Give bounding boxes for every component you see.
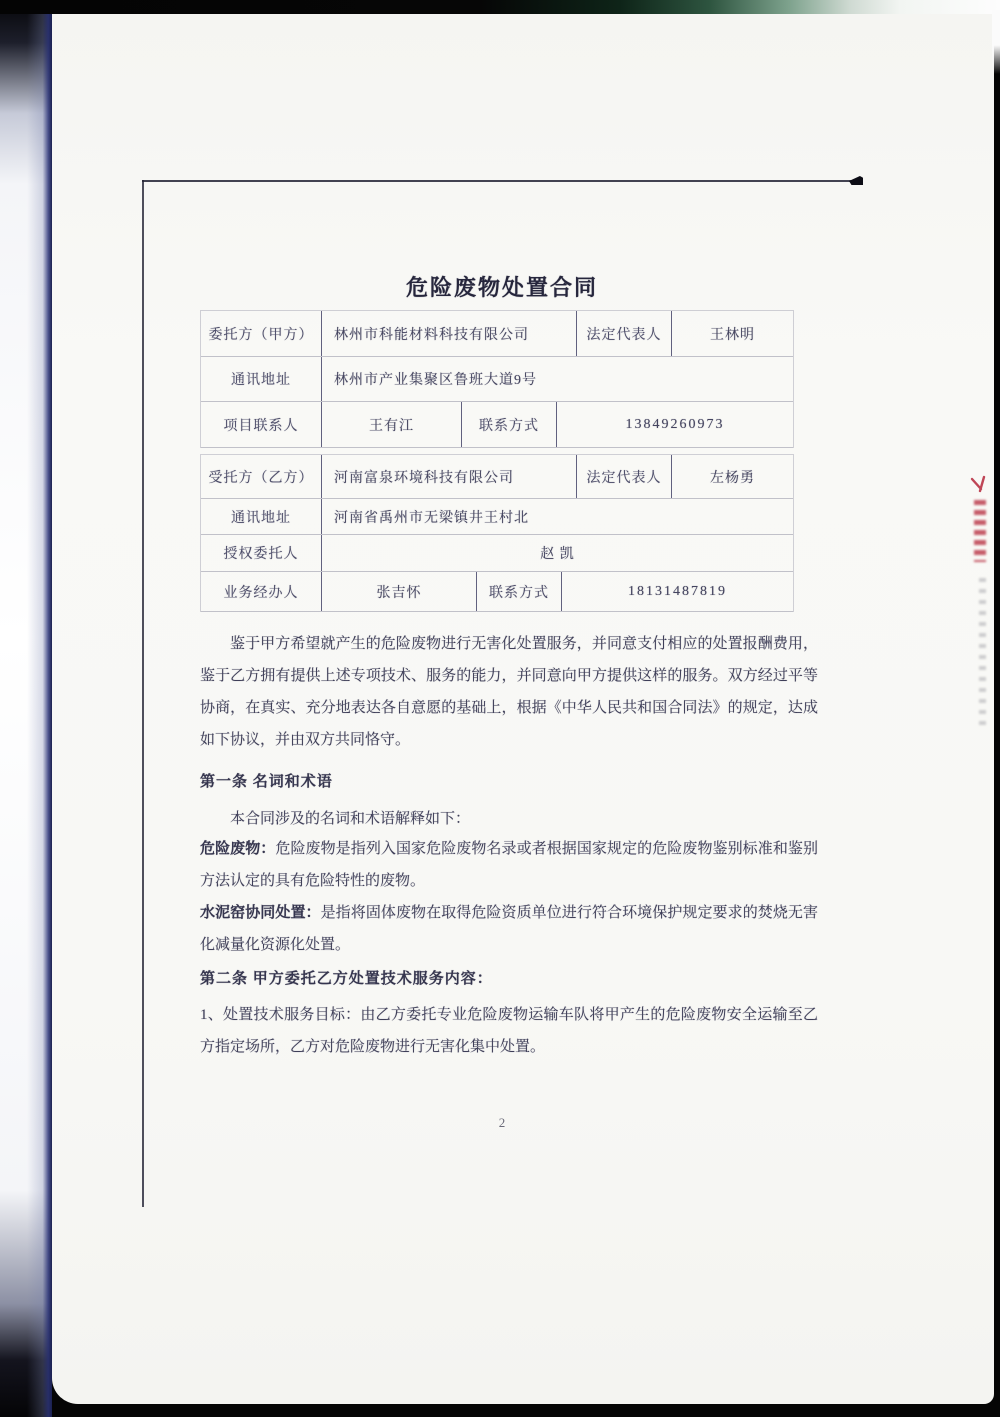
table-row: 业务经办人 张吉怀 联系方式 18131487819 [201,572,793,612]
party-b-company-cell: 河南富泉环境科技有限公司 [321,455,576,498]
address-value-cell: 河南省禹州市无梁镇井王村北 [321,499,793,534]
address-value-cell: 林州市产业集聚区鲁班大道9号 [321,357,793,401]
table-row: 通讯地址 河南省禹州市无梁镇井王村北 [201,499,793,535]
document-title: 危险废物处置合同 [142,271,862,302]
term-text: 危险废物是指列入国家危险废物名录或者根据国家规定的危险废物鉴别标准和鉴别方法认定… [200,841,818,889]
phone-label-cell: 联系方式 [476,572,561,611]
legal-rep-label-cell: 法定代表人 [576,455,671,498]
gray-ink-bleedthrough [979,578,986,728]
contact-name-cell: 王有江 [321,402,461,447]
term-label: 危险废物： [200,841,275,857]
copy-frame-top-line [142,180,858,182]
article-2-item-1: 1、处置技术服务目标：由乙方委托专业危险废物运输车队将甲产生的危险废物安全运输至… [200,999,818,1063]
page-number: 2 [142,1115,862,1131]
red-ink-bleedthrough [974,500,986,562]
phone-number-cell: 13849260973 [556,402,793,447]
article-1-intro: 本合同涉及的名词和术语解释如下： [200,803,816,835]
article-2-heading: 第二条 甲方委托乙方处置技术服务内容： [200,967,493,988]
address-label-cell: 通讯地址 [201,357,321,401]
legal-rep-name-cell: 王林明 [671,311,793,356]
table-row: 受托方（乙方） 河南富泉环境科技有限公司 法定代表人 左杨勇 [201,455,793,499]
handler-name-cell: 张吉怀 [321,572,476,611]
table-row: 委托方（甲方） 林州市科能材料科技有限公司 法定代表人 王林明 [201,311,793,357]
address-label-cell: 通讯地址 [201,499,321,534]
phone-label-cell: 联系方式 [461,402,556,447]
party-b-label-cell: 受托方（乙方） [201,455,321,498]
legal-rep-name-cell: 左杨勇 [671,455,793,498]
table-row: 通讯地址 林州市产业集聚区鲁班大道9号 [201,357,793,402]
term-hazardous-waste: 危险废物：危险废物是指列入国家危险废物名录或者根据国家规定的危险废物鉴别标准和鉴… [200,833,818,897]
phone-number-cell: 18131487819 [561,572,793,611]
handler-label-cell: 业务经办人 [201,572,321,611]
contract-preamble: 鉴于甲方希望就产生的危险废物进行无害化处置服务，并同意支付相应的处置报酬费用，鉴… [200,628,818,756]
party-a-table: 委托方（甲方） 林州市科能材料科技有限公司 法定代表人 王林明 通讯地址 林州市… [200,310,794,448]
red-ink-check-mark [969,475,989,497]
scanned-document-photo: 危险废物处置合同 委托方（甲方） 林州市科能材料科技有限公司 法定代表人 王林明… [0,0,1000,1417]
article-1-heading: 第一条 名词和术语 [200,770,333,791]
authorized-agent-name-cell: 赵 凯 [321,535,793,571]
party-a-label-cell: 委托方（甲方） [201,311,321,356]
legal-rep-label-cell: 法定代表人 [576,311,671,356]
term-cement-kiln: 水泥窑协同处置：是指将固体废物在取得危险资质单位进行符合环境保护规定要求的焚烧无… [200,897,818,961]
party-b-table: 受托方（乙方） 河南富泉环境科技有限公司 法定代表人 左杨勇 通讯地址 河南省禹… [200,454,794,612]
copy-frame-left-line [142,180,144,1207]
page-content: 危险废物处置合同 委托方（甲方） 林州市科能材料科技有限公司 法定代表人 王林明… [0,0,1000,1417]
contact-label-cell: 项目联系人 [201,402,321,447]
ink-blot-mark [849,176,863,185]
table-row: 项目联系人 王有江 联系方式 13849260973 [201,402,793,448]
authorized-agent-label-cell: 授权委托人 [201,535,321,571]
party-a-company-cell: 林州市科能材料科技有限公司 [321,311,576,356]
term-label: 水泥窑协同处置： [200,905,321,921]
table-row: 授权委托人 赵 凯 [201,535,793,572]
